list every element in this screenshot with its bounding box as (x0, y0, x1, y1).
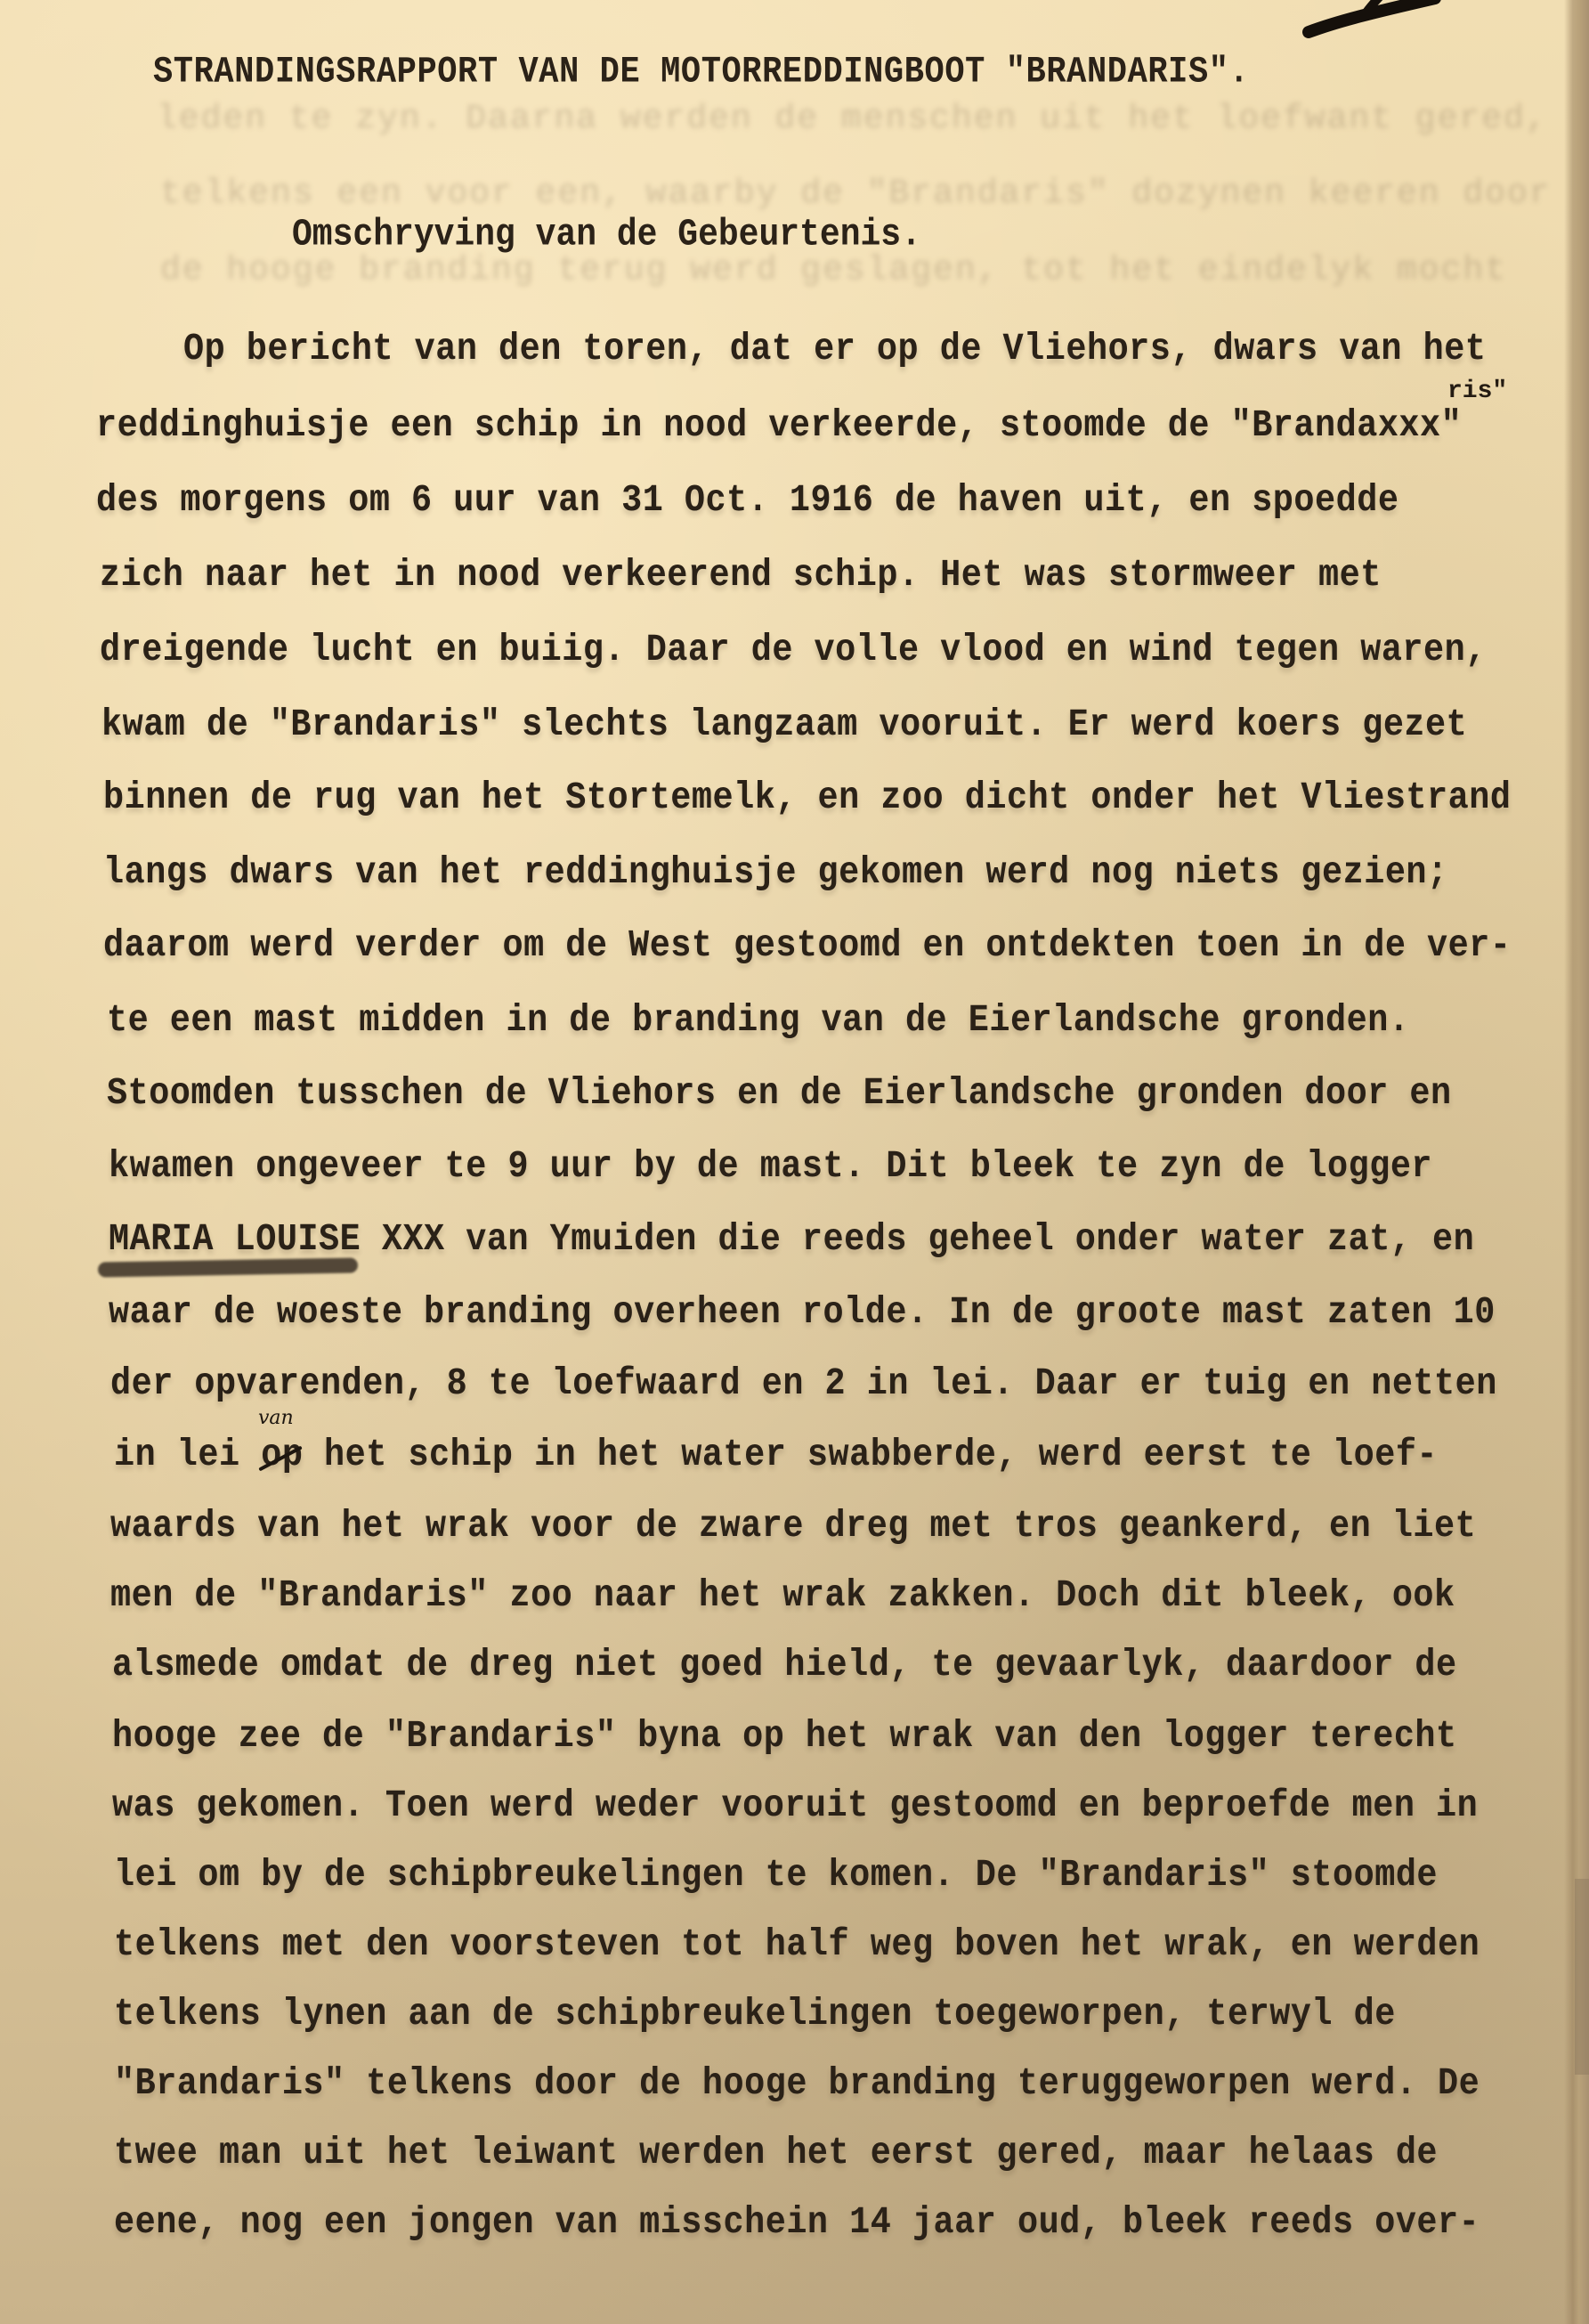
text-line: daarom werd verder om de West gestoomd e… (103, 924, 1511, 967)
text-line: in lei op het schip in het water swabber… (114, 1434, 1438, 1476)
text-line: kwam de "Brandaris" slechts langzaam voo… (101, 703, 1467, 746)
document-subtitle: Omschryving van de Gebeurtenis. (292, 214, 921, 256)
pen-scribble-mark (1301, 0, 1444, 39)
bleed-through-text-3: de hooge branding terug werd geslagen, t… (160, 251, 1589, 289)
document-title: STRANDINGSRAPPORT VAN DE MOTORREDDINGBOO… (153, 52, 1249, 93)
text-line: te een mast midden in de branding van de… (107, 999, 1409, 1042)
text-line: eene, nog een jongen van misschein 14 ja… (114, 2201, 1480, 2244)
handwritten-correction-van: van (258, 1407, 294, 1429)
text-line: waar de woeste branding overheen rolde. … (109, 1291, 1496, 1334)
text-line: hooge zee de "Brandaris" byna op het wra… (112, 1715, 1457, 1758)
text-line: twee man uit het leiwant werden het eers… (114, 2132, 1438, 2174)
text-line: MARIA LOUISE XXX van Ymuiden die reeds g… (109, 1218, 1474, 1261)
text-line: lei om by de schipbreukelingen te komen.… (114, 1854, 1438, 1897)
text-line: reddinghuisje een schip in nood verkeerd… (96, 404, 1462, 447)
text-line: Op bericht van den toren, dat er op de V… (183, 328, 1486, 370)
text-line: was gekomen. Toen werd weder vooruit ges… (112, 1784, 1478, 1827)
bleed-through-text-2: telkens een voor een, waarby de "Brandar… (160, 175, 1589, 213)
scanned-document-page: leden te zyn. Daarna werden de menschen … (0, 0, 1589, 2324)
text-line: telkens met den voorsteven tot half weg … (114, 1923, 1480, 1966)
text-line: Stoomden tusschen de Vliehors en de Eier… (107, 1072, 1452, 1115)
bleed-through-text-1: leden te zyn. Daarna werden de menschen … (157, 100, 1589, 138)
text-line: alsmede omdat de dreg niet goed hield, t… (112, 1644, 1457, 1686)
text-line: zich naar het in nood verkeerend schip. … (100, 554, 1382, 597)
text-line: waards van het wrak voor de zware dreg m… (110, 1505, 1476, 1548)
text-line: des morgens om 6 uur van 31 Oct. 1916 de… (96, 479, 1398, 522)
text-line: binnen de rug van het Stortemelk, en zoo… (103, 776, 1511, 819)
text-line: men de "Brandaris" zoo naar het wrak zak… (110, 1574, 1455, 1617)
text-line: langs dwars van het reddinghuisje gekome… (103, 851, 1448, 894)
text-line: dreigende lucht en buiig. Daar de volle … (100, 629, 1487, 671)
text-line: telkens lynen aan de schipbreukelingen t… (114, 1993, 1396, 2036)
page-edge-shadow (1575, 1879, 1589, 2075)
typed-correction-ris: ris" (1447, 378, 1507, 405)
text-line: kwamen ongeveer te 9 uur by de mast. Dit… (109, 1145, 1432, 1188)
text-line: der opvarenden, 8 te loefwaard en 2 in l… (110, 1362, 1497, 1405)
text-line: "Brandaris" telkens door de hooge brandi… (114, 2062, 1480, 2105)
